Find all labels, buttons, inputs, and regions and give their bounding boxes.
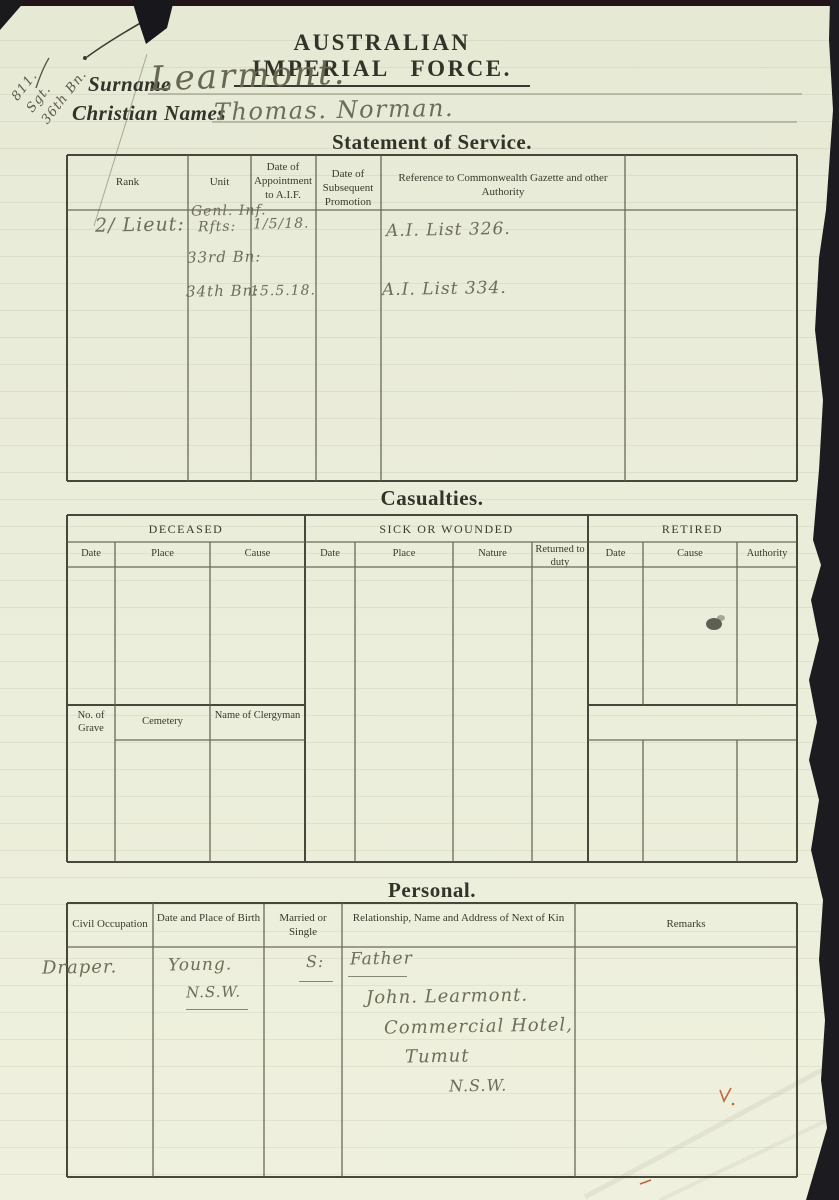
retired-col-authority: Authority [737, 548, 797, 561]
entry-rank: 2/ Lieut: [95, 213, 185, 237]
col-header-rank: Rank [67, 176, 188, 190]
entry-reference-1: A.I. List 326. [386, 219, 511, 241]
col-header-gazette-reference: Reference to Commonwealth Gazette and ot… [381, 172, 625, 200]
entry-birth-place-1: Young. [168, 954, 233, 975]
sick-col-nature: Nature [453, 548, 532, 561]
grave-col-number: No. of Grave [67, 710, 115, 735]
personal-col-married: Married or Single [264, 912, 342, 940]
entry-reference-2: A.I. List 334. [382, 278, 507, 300]
sick-col-place: Place [355, 548, 453, 561]
retired-col-cause: Cause [643, 548, 737, 561]
entry-unit-3: 33rd Bn: [187, 247, 262, 266]
service-record-page: AUSTRALIAN IMPERIAL FORCE. 811. Sgt. 36t… [0, 0, 839, 1200]
entry-next-of-kin-address-1: Commercial Hotel, [384, 1014, 573, 1038]
casualties-title: Casualties. [282, 486, 582, 511]
personal-col-occupation: Civil Occupation [67, 918, 153, 932]
col-header-date-promotion: Date of Subsequent Promotion [317, 168, 379, 209]
christian-names-value: Thomas. Norman. [214, 94, 455, 126]
col-header-unit: Unit [188, 176, 251, 190]
entry-appointment-date-1: 1/5/18. [253, 216, 310, 233]
personal-col-remarks: Remarks [575, 918, 797, 932]
retired-col-date: Date [588, 548, 643, 561]
group-header-deceased: DECEASED [67, 522, 305, 537]
entry-unit-2: Rfts: [198, 219, 237, 236]
deceased-col-place: Place [115, 548, 210, 561]
grave-col-cemetery: Cemetery [115, 716, 210, 729]
personal-col-birth: Date and Place of Birth [153, 912, 264, 926]
paper-clip [132, 0, 174, 44]
personal-title: Personal. [282, 878, 582, 903]
deceased-col-cause: Cause [210, 548, 305, 561]
entry-birth-place-2: N.S.W. [186, 983, 241, 1002]
scan-right-torn-edge [806, 0, 839, 1200]
entry-next-of-kin-address-2: Tumut [405, 1045, 470, 1067]
entry-civil-occupation: Draper. [42, 956, 118, 978]
grave-col-clergyman: Name of Clergyman [210, 710, 305, 723]
sick-col-date: Date [305, 548, 355, 561]
christian-names-label: Christian Names [72, 101, 226, 126]
entry-appointment-date-2: 15.5.18. [250, 282, 316, 299]
entry-married-or-single: S: [306, 952, 325, 971]
sick-col-returned-to-duty: Returned to duty [532, 544, 588, 569]
personal-col-next-of-kin: Relationship, Name and Address of Next o… [342, 912, 575, 926]
entry-next-of-kin-relationship: Father [350, 948, 413, 969]
entry-next-of-kin-address-3: N.S.W. [449, 1075, 508, 1095]
entry-next-of-kin-name: John. Learmont. [366, 985, 528, 1009]
col-header-date-appointment: Date of Appointment to A.I.F. [252, 161, 314, 202]
deceased-col-date: Date [67, 548, 115, 561]
group-header-retired: RETIRED [588, 522, 797, 537]
scan-top-edge [0, 0, 839, 6]
statement-of-service-title: Statement of Service. [282, 130, 582, 155]
surname-value: Learmont. [149, 53, 347, 100]
entry-unit-4: 34th Bn: [186, 281, 260, 300]
group-header-sick-or-wounded: SICK OR WOUNDED [305, 522, 588, 537]
